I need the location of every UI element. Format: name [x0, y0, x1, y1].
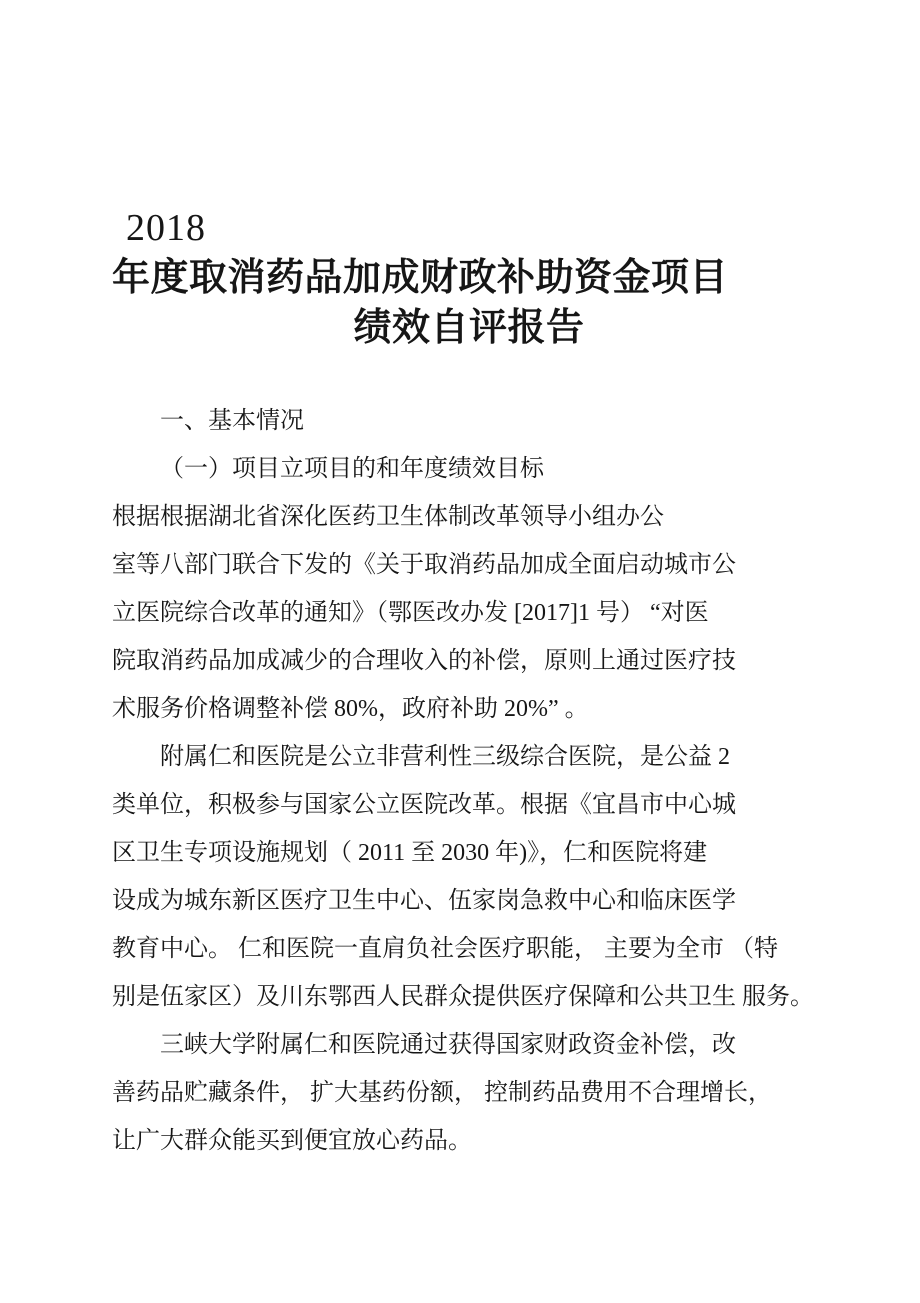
text-line: 善药品贮藏条件， 扩大基药份额， 控制药品费用不合理增长， [112, 1069, 802, 1117]
text-line: 术服务价格调整补偿 80%，政府补助 20%” 。 [112, 685, 802, 733]
text-line: 别是伍家区）及川东鄂西人民群众提供医疗保障和公共卫生 服务。 [112, 973, 802, 1021]
title-main-line: 年度取消药品加成财政补助资金项目 [112, 253, 802, 303]
subsection-heading: （一）项目立项目的和年度绩效目标 [112, 445, 802, 493]
text-line: 三峡大学附属仁和医院通过获得国家财政资金补偿，改 [112, 1021, 802, 1069]
text-line: 教育中心。 仁和医院一直肩负社会医疗职能， 主要为全市 （特 [112, 925, 802, 973]
paragraph-2: 附属仁和医院是公立非营利性三级综合医院，是公益 2 类单位，积极参与国家公立医院… [112, 733, 802, 1021]
text-line: 室等八部门联合下发的《关于取消药品加成全面启动城市公 [112, 541, 802, 589]
document-page: 2018 年度取消药品加成财政补助资金项目 绩效自评报告 一、基本情况 （一）项… [0, 0, 920, 1303]
text-line: 类单位，积极参与国家公立医院改革。根据《宜昌市中心城 [112, 781, 802, 829]
paragraph-1: 根据根据湖北省深化医药卫生体制改革领导小组办公 室等八部门联合下发的《关于取消药… [112, 493, 802, 733]
text-line: 让广大群众能买到便宜放心药品。 [112, 1117, 802, 1165]
paragraph-3: 三峡大学附属仁和医院通过获得国家财政资金补偿，改 善药品贮藏条件， 扩大基药份额… [112, 1021, 802, 1165]
title-sub-line: 绩效自评报告 [112, 303, 802, 353]
text-line: 区卫生专项设施规划（ 2011 至 2030 年)》，仁和医院将建 [112, 829, 802, 877]
document-title: 2018 年度取消药品加成财政补助资金项目 绩效自评报告 [112, 203, 802, 353]
text-line: 根据根据湖北省深化医药卫生体制改革领导小组办公 [112, 493, 802, 541]
text-line: 院取消药品加成减少的合理收入的补偿，原则上通过医疗技 [112, 637, 802, 685]
text-line: 立医院综合改革的通知》（鄂医改办发 [2017]1 号） “对医 [112, 589, 802, 637]
title-year: 2018 [112, 203, 802, 253]
text-line: 附属仁和医院是公立非营利性三级综合医院，是公益 2 [112, 733, 802, 781]
text-line: 设成为城东新区医疗卫生中心、伍家岗急救中心和临床医学 [112, 877, 802, 925]
document-body: 一、基本情况 （一）项目立项目的和年度绩效目标 根据根据湖北省深化医药卫生体制改… [112, 397, 802, 1165]
section-heading: 一、基本情况 [112, 397, 802, 445]
